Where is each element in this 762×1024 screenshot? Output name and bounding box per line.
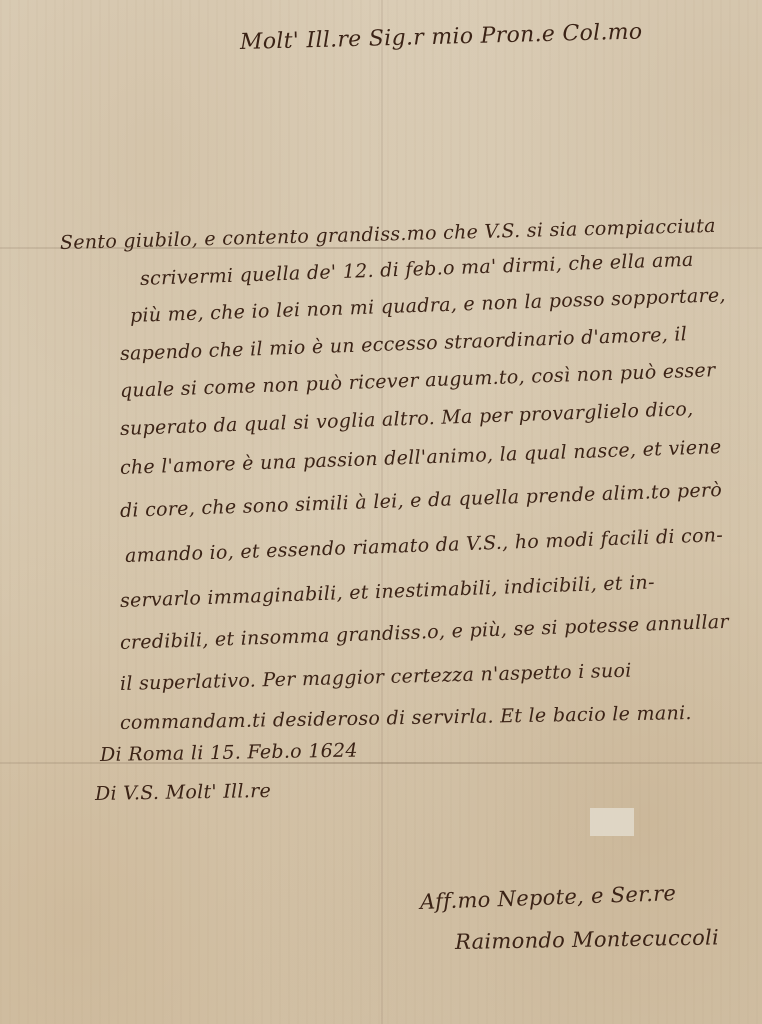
closing: Di V.S. Molt' Ill.re xyxy=(95,780,271,805)
body-line: quale si come non può ricever augum.to, … xyxy=(120,359,716,402)
dateline: Di Roma li 15. Feb.o 1624 xyxy=(100,740,358,766)
body-line: superato da qual si voglia altro. Ma per… xyxy=(120,398,694,440)
signature-line: Aff.mo Nepote, e Ser.re xyxy=(420,881,677,914)
body-line: servarlo immaginabili, et inestimabili, … xyxy=(120,571,655,612)
body-line: commandam.ti desideroso di servirla. Et … xyxy=(120,702,692,734)
address-line: Molt' Ill.re Sig.r mio Pron.e Col.mo xyxy=(240,19,643,55)
body-line: più me, che io lei non mi quadra, e non … xyxy=(130,284,727,327)
body-line: credibili, et insomma grandiss.o, e più,… xyxy=(120,611,730,654)
body-line: che l'amore è una passion dell'animo, la… xyxy=(120,436,722,479)
body-line: scrivermi quella de' 12. di feb.o ma' di… xyxy=(140,249,694,290)
letter-page: Molt' Ill.re Sig.r mio Pron.e Col.mo Sen… xyxy=(0,0,762,1024)
body-line: il superlativo. Per maggior certezza n'a… xyxy=(120,660,632,695)
body-line: amando io, et essendo riamato da V.S., h… xyxy=(125,524,724,567)
body-line: sapendo che il mio è un eccesso straordi… xyxy=(120,323,688,365)
paper-repair-patch xyxy=(590,808,634,836)
signature-name: Raimondo Montecuccoli xyxy=(455,925,719,954)
body-line: di core, che sono simili à lei, e da que… xyxy=(120,479,723,522)
